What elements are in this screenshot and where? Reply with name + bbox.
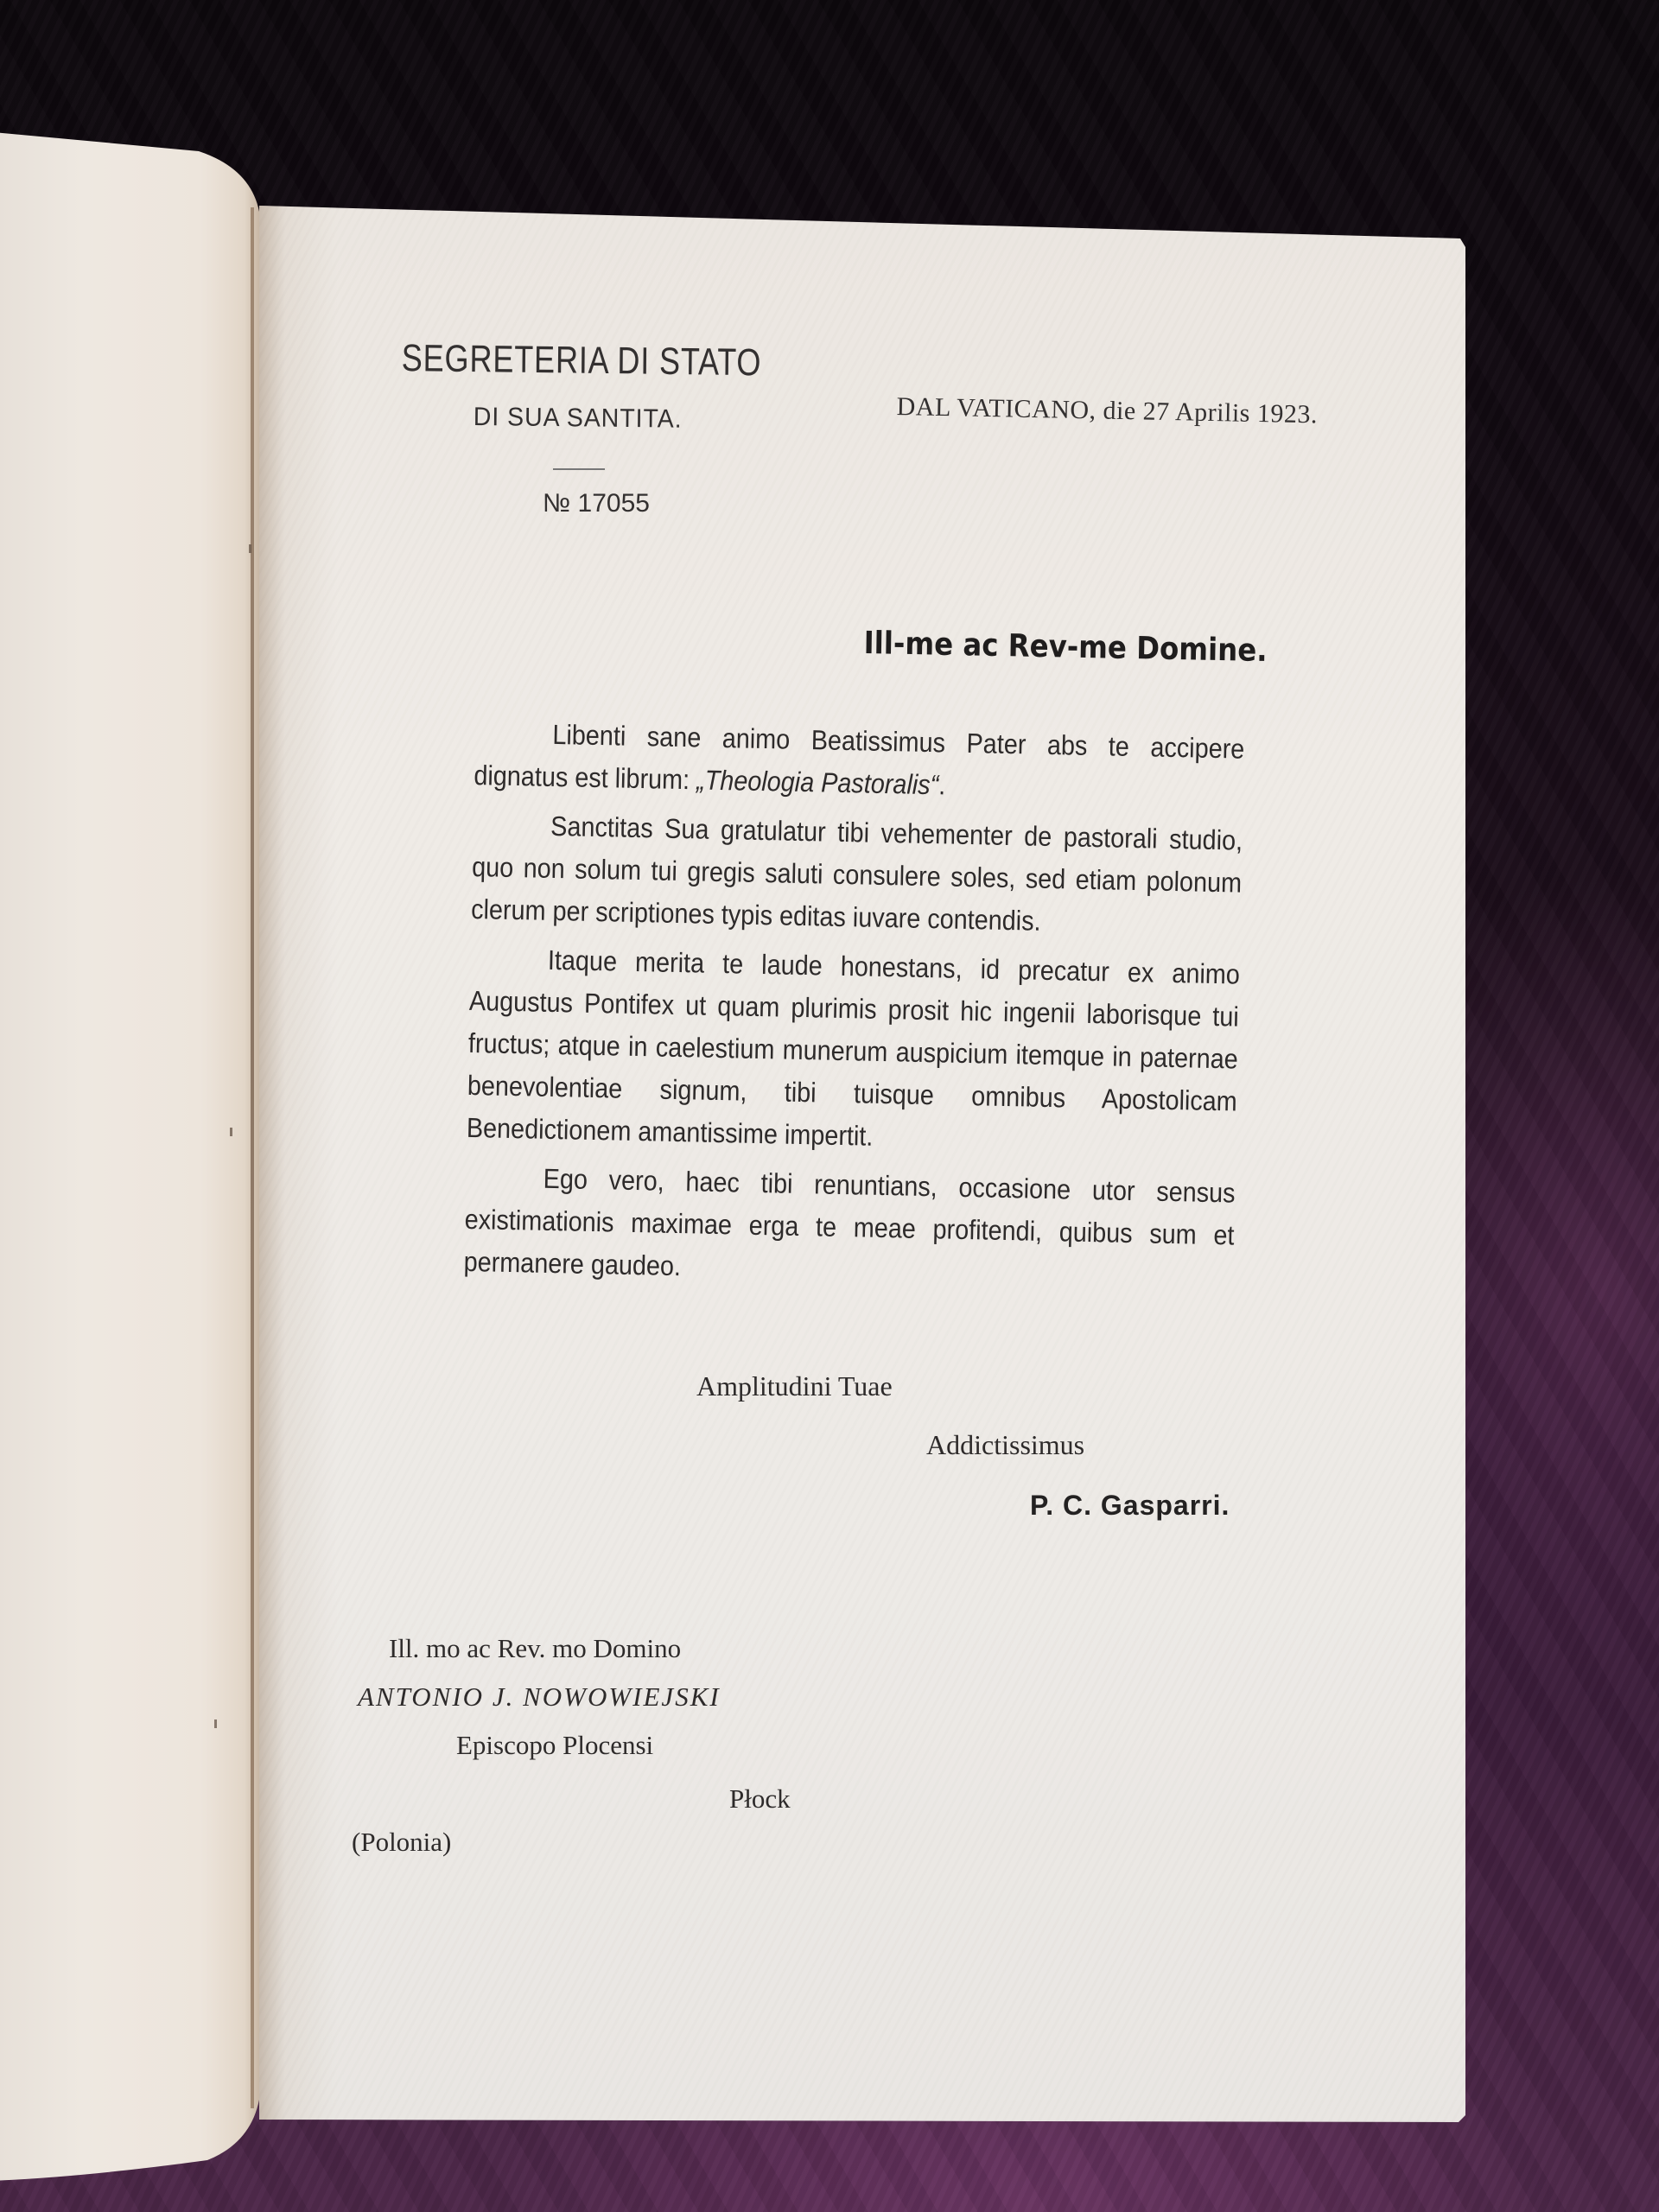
letter-body: Libenti sane animo Beatissimus Pater abs… — [463, 712, 1245, 1306]
signature: P. C. Gasparri. — [1030, 1490, 1230, 1522]
book-title: „Theologia Pastoralis“ — [696, 764, 939, 800]
binding-mark — [249, 544, 251, 553]
date-line: DAL VATICANO, die 27 Aprilis 1923. — [896, 392, 1318, 429]
addressee-country: (Polonia) — [352, 1827, 451, 1858]
salutation: Ill-me ac Rev-me Domine. — [863, 626, 1268, 669]
addressee-honorific: Ill. mo ac Rev. mo Domino — [389, 1633, 681, 1664]
office-subheading: DI SUA SANTITA. — [474, 403, 683, 435]
binding-mark — [230, 1128, 232, 1136]
paragraph-2: Sanctitas Sua gratulatur tibi vehementer… — [471, 804, 1243, 947]
addressee-city: Płock — [729, 1783, 791, 1815]
protocol-number: № 17055 — [543, 489, 650, 518]
closing-line-1: Amplitudini Tuae — [696, 1370, 893, 1402]
addressee-title: Episcopo Plocensi — [456, 1730, 653, 1761]
closing-line-2: Addictissimus — [926, 1429, 1084, 1461]
paragraph-1: Libenti sane animo Beatissimus Pater abs… — [474, 712, 1245, 813]
letter-content: SEGRETERIA DI STATO DI SUA SANTITA. № 17… — [0, 0, 1659, 2212]
binding-mark — [214, 1719, 217, 1728]
addressee-name: ANTONIO J. NOWOWIEJSKI — [358, 1681, 721, 1713]
header-divider — [553, 468, 605, 470]
paragraph-3: Itaque merita te laude honestans, id pre… — [466, 938, 1240, 1166]
office-heading: SEGRETERIA DI STATO — [402, 337, 762, 385]
paragraph-1-end: . — [938, 769, 946, 800]
paragraph-4: Ego vero, haec tibi renuntians, occasion… — [463, 1156, 1236, 1300]
